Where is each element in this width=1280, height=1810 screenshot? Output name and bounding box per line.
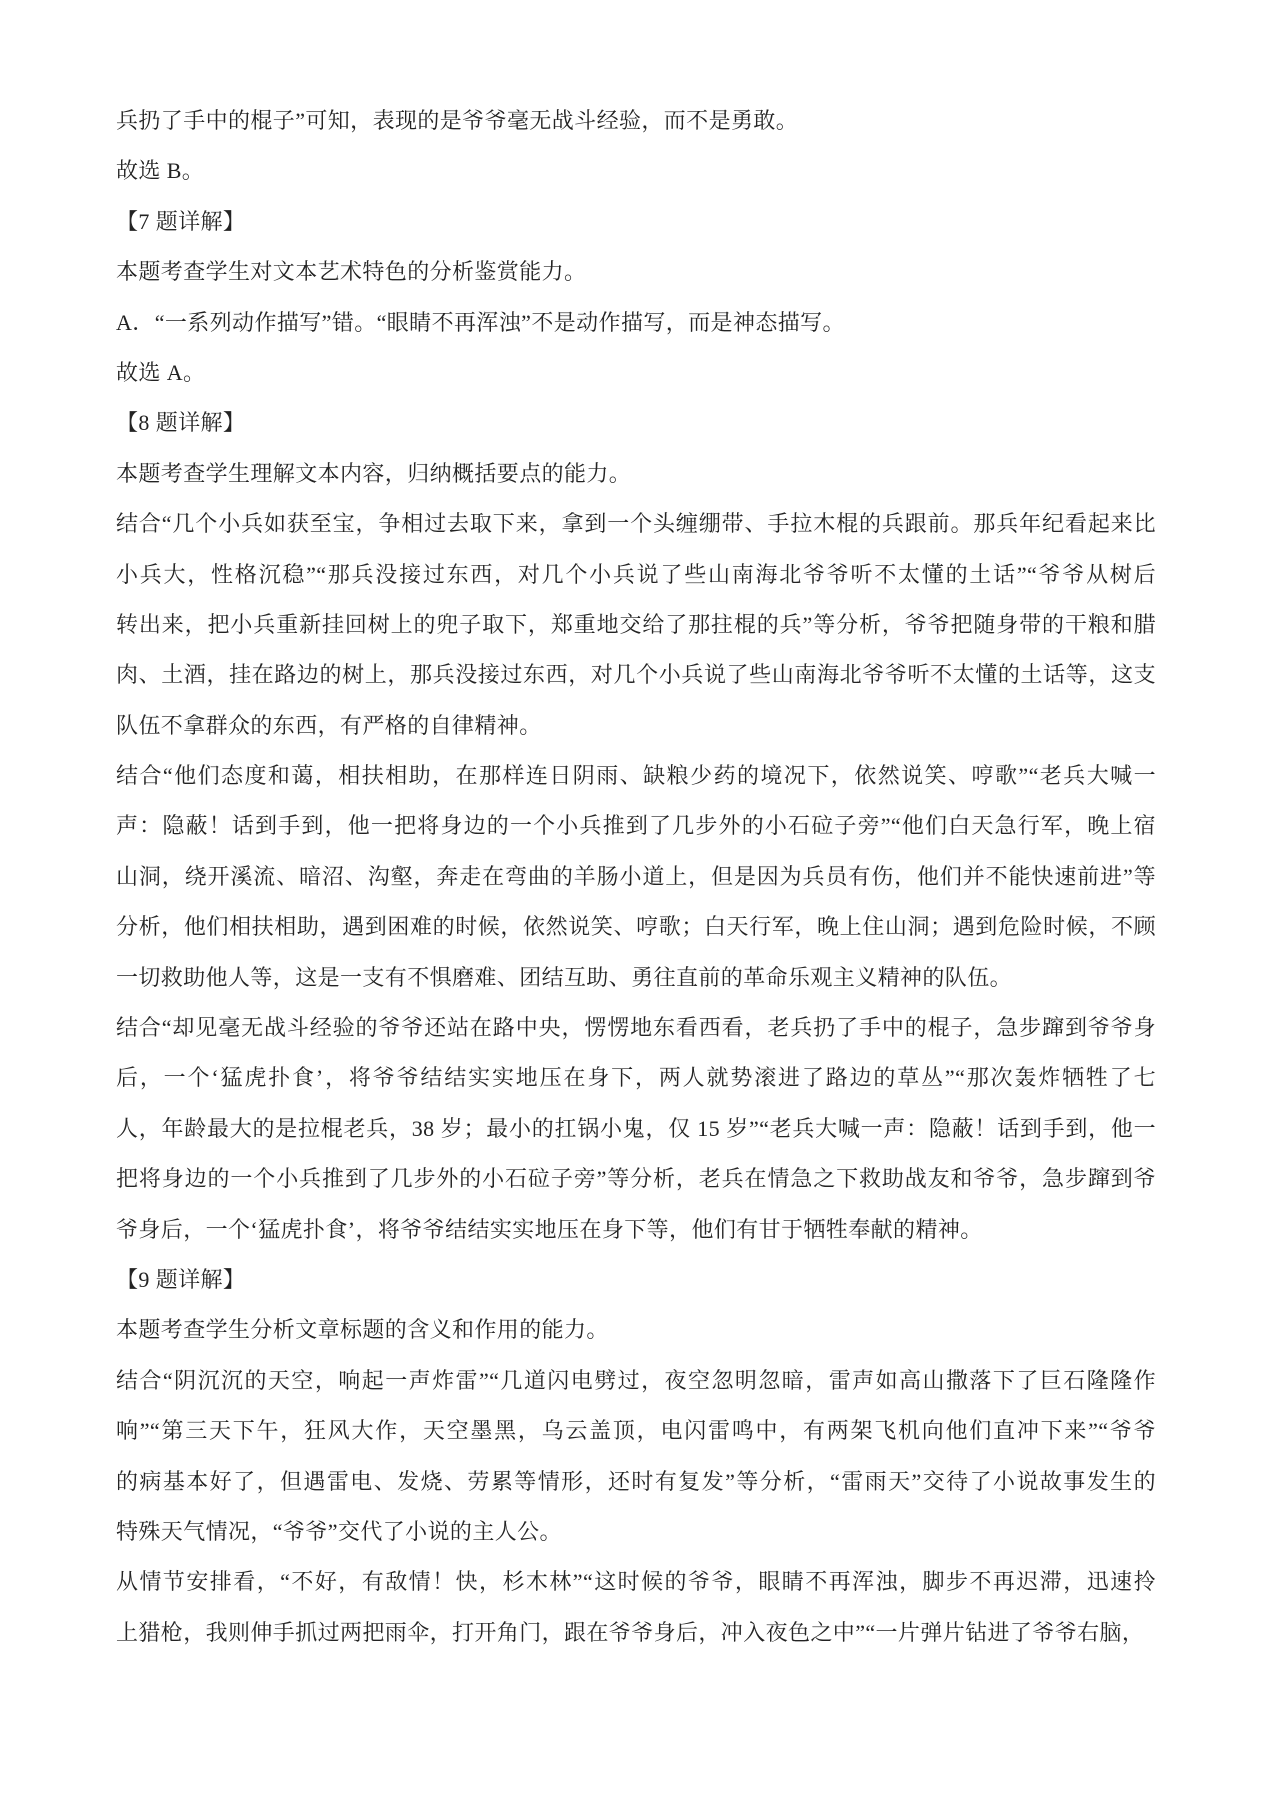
text-line: 人，年龄最大的是拉棍老兵，38 岁；最小的扛锅小鬼，仅 15 岁”“老兵大喊一声… [116, 1104, 1156, 1154]
text-line: 队伍不拿群众的东西，有严格的自律精神。 [116, 701, 1156, 751]
text-line: 从情节安排看，“不好，有敌情！快，杉木林”“这时候的爷爷，眼睛不再浑浊，脚步不再… [116, 1557, 1156, 1607]
text-line: 转出来，把小兵重新挂回树上的兜子取下，郑重地交给了那拄棍的兵”等分析，爷爷把随身… [116, 600, 1156, 650]
text-line: 山洞，绕开溪流、暗沼、沟壑，奔走在弯曲的羊肠小道上，但是因为兵员有伤，他们并不能… [116, 852, 1156, 902]
text-line: 兵扔了手中的棍子”可知，表现的是爷爷毫无战斗经验，而不是勇敢。 [116, 96, 1156, 146]
text-line: A．“一系列动作描写”错。“眼睛不再浑浊”不是动作描写，而是神态描写。 [116, 298, 1156, 348]
answer-explanations-text: 兵扔了手中的棍子”可知，表现的是爷爷毫无战斗经验，而不是勇敢。故选 B。【7 题… [116, 96, 1156, 1658]
text-line: 上猎枪，我则伸手抓过两把雨伞，打开角门，跟在爷爷身后，冲入夜色之中”“一片弹片钻… [116, 1608, 1156, 1658]
text-line: 一切救助他人等，这是一支有不惧磨难、团结互助、勇往直前的革命乐观主义精神的队伍。 [116, 953, 1156, 1003]
document-page: 兵扔了手中的棍子”可知，表现的是爷爷毫无战斗经验，而不是勇敢。故选 B。【7 题… [0, 0, 1280, 1810]
text-line: 本题考查学生对文本艺术特色的分析鉴赏能力。 [116, 247, 1156, 297]
section-heading: 【7 题详解】 [116, 197, 1156, 247]
text-line: 结合“他们态度和蔼，相扶相助，在那样连日阴雨、缺粮少药的境况下，依然说笑、哼歌”… [116, 751, 1156, 801]
text-line: 结合“几个小兵如获至宝，争相过去取下来，拿到一个头缠绷带、手拉木棍的兵跟前。那兵… [116, 499, 1156, 549]
text-line: 结合“阴沉沉的天空，响起一声炸雷”“几道闪电劈过，夜空忽明忽暗，雷声如高山撒落下… [116, 1356, 1156, 1406]
section-heading: 【9 题详解】 [116, 1255, 1156, 1305]
section-heading: 【8 题详解】 [116, 398, 1156, 448]
text-line: 本题考查学生理解文本内容，归纳概括要点的能力。 [116, 449, 1156, 499]
text-line: 后，一个‘猛虎扑食’，将爷爷结结实实地压在身下，两人就势滚进了路边的草丛”“那次… [116, 1053, 1156, 1103]
text-line: 响”“第三天下午，狂风大作，天空墨黑，乌云盖顶，电闪雷鸣中，有两架飞机向他们直冲… [116, 1406, 1156, 1456]
text-line: 本题考查学生分析文章标题的含义和作用的能力。 [116, 1305, 1156, 1355]
text-line: 肉、土酒，挂在路边的树上，那兵没接过东西，对几个小兵说了些山南海北爷爷听不太懂的… [116, 650, 1156, 700]
text-line: 分析，他们相扶相助，遇到困难的时候，依然说笑、哼歌；白天行军，晚上住山洞；遇到危… [116, 902, 1156, 952]
text-line: 爷身后，一个‘猛虎扑食’，将爷爷结结实实地压在身下等，他们有甘于牺牲奉献的精神。 [116, 1205, 1156, 1255]
text-line: 结合“却见毫无战斗经验的爷爷还站在路中央，愣愣地东看西看，老兵扔了手中的棍子，急… [116, 1003, 1156, 1053]
text-line: 把将身边的一个小兵推到了几步外的小石砬子旁”等分析，老兵在情急之下救助战友和爷爷… [116, 1154, 1156, 1204]
text-line: 声：隐蔽！话到手到，他一把将身边的一个小兵推到了几步外的小石砬子旁”“他们白天急… [116, 801, 1156, 851]
text-line: 特殊天气情况，“爷爷”交代了小说的主人公。 [116, 1507, 1156, 1557]
text-line: 故选 B。 [116, 146, 1156, 196]
text-line: 的病基本好了，但遇雷电、发烧、劳累等情形，还时有复发”等分析，“雷雨天”交待了小… [116, 1457, 1156, 1507]
text-line: 故选 A。 [116, 348, 1156, 398]
text-line: 小兵大，性格沉稳”“那兵没接过东西，对几个小兵说了些山南海北爷爷听不太懂的土话”… [116, 550, 1156, 600]
